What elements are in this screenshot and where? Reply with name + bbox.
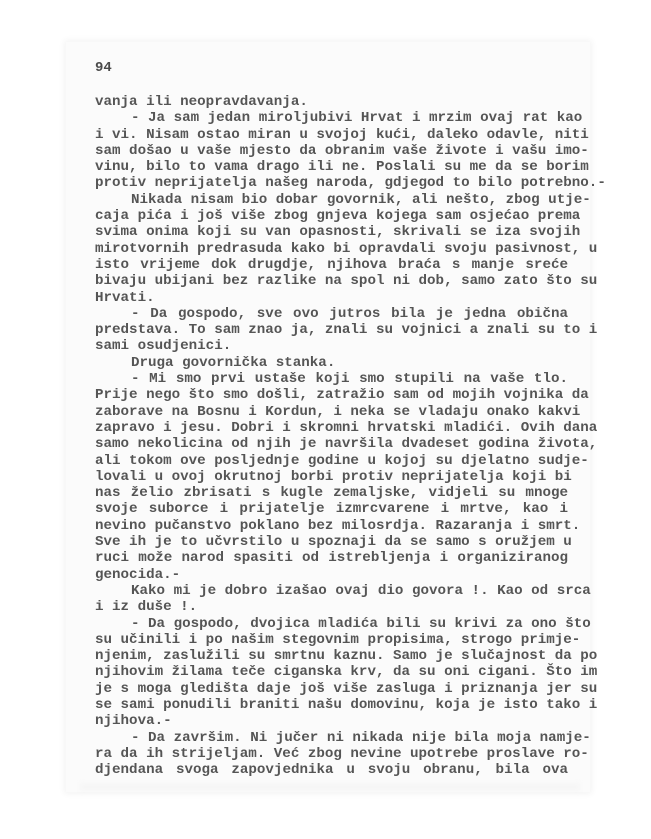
text-line: isto vrijeme dok drugdje, njihova braća … [95,257,568,273]
text-line: djendana svoga zapovjednika u svoju obra… [95,762,568,778]
text-line: zaborave na Bosnu i Kordun, i neka se vl… [95,404,568,420]
text-line: i iz duše !. [95,599,568,615]
text-line: njenim, zaslužili su smrtnu kaznu. Samo … [95,648,568,664]
text-line: - Da završim. Ni jučer ni nikada nije bi… [95,730,568,746]
text-line: i vi. Nisam ostao miran u svojoj kući, d… [95,127,568,143]
text-line: genocida.- [95,567,568,583]
scan-artifact [80,783,580,791]
text-line: njihova.- [95,713,568,729]
text-line: vanja ili neopravdavanja. [95,94,568,110]
text-line: zapravo i jesu. Dobri i skromni hrvatski… [95,420,568,436]
text-line: svima onima koji su van opasnosti, skriv… [95,224,568,240]
text-line: bivaju ubijani bez razlike na spol ni do… [95,273,568,289]
text-line: su učinili i po našim stegovnim propisim… [95,632,568,648]
page-number: 94 [95,60,112,76]
text-line: Kako mi je dobro izašao ovaj dio govora … [95,583,568,599]
body-text: vanja ili neopravdavanja.- Ja sam jedan … [95,94,568,778]
text-line: Sve ih je to učvrstilo u spoznaji da se … [95,534,568,550]
text-line: sami osudjenici. [95,338,568,354]
text-line: njihovim žilama teče ciganska krv, da su… [95,664,568,680]
text-line: - Mi smo prvi ustaše koji smo stupili na… [95,371,568,387]
text-line: protiv neprijatelja našeg naroda, gdjego… [95,175,568,191]
text-line: ra da ih strijeljam. Već zbog nevine upo… [95,746,568,762]
text-line: - Da gospodo, dvojica mladića bili su kr… [95,616,568,632]
text-line: Hrvati. [95,290,568,306]
text-line: Prije nego što smo došli, zatražio sam o… [95,387,568,403]
text-line: nas želio zbrisati s kugle zemaljske, vi… [95,485,568,501]
text-line: nevino pučanstvo poklano bez milosrdja. … [95,518,568,534]
text-line: vinu, bilo to vama drago ili ne. Poslali… [95,159,568,175]
text-line: sam došao u vaše mjesto da obranim vaše … [95,143,568,159]
text-line: svoje suborce i prijatelje izmrcvarene i… [95,501,568,517]
text-line: je s moga gledišta daje još više zasluga… [95,681,568,697]
text-line: samo nekolicina od njih je navršila dvad… [95,436,568,452]
text-line: Nikada nisam bio dobar govornik, ali neš… [95,192,568,208]
text-line: ruci može narod spasiti od istrebljenja … [95,550,568,566]
text-line: lovali u ovoj okrutnoj borbi protiv nepr… [95,469,568,485]
text-line: predstava. To sam znao ja, znali su vojn… [95,322,568,338]
text-line: - Da gospodo, sve ovo jutros bila je jed… [95,306,568,322]
text-line: ali tokom ove posljednje godine u kojoj … [95,453,568,469]
text-line: Druga govornička stanka. [95,355,568,371]
text-line: se sami ponudili braniti našu domovinu, … [95,697,568,713]
text-line: - Ja sam jedan miroljubivi Hrvat i mrzim… [95,110,568,126]
text-line: mirotvornih predrasuda kako bi opravdali… [95,241,568,257]
text-line: caja pića i još više zbog gnjeva kojega … [95,208,568,224]
